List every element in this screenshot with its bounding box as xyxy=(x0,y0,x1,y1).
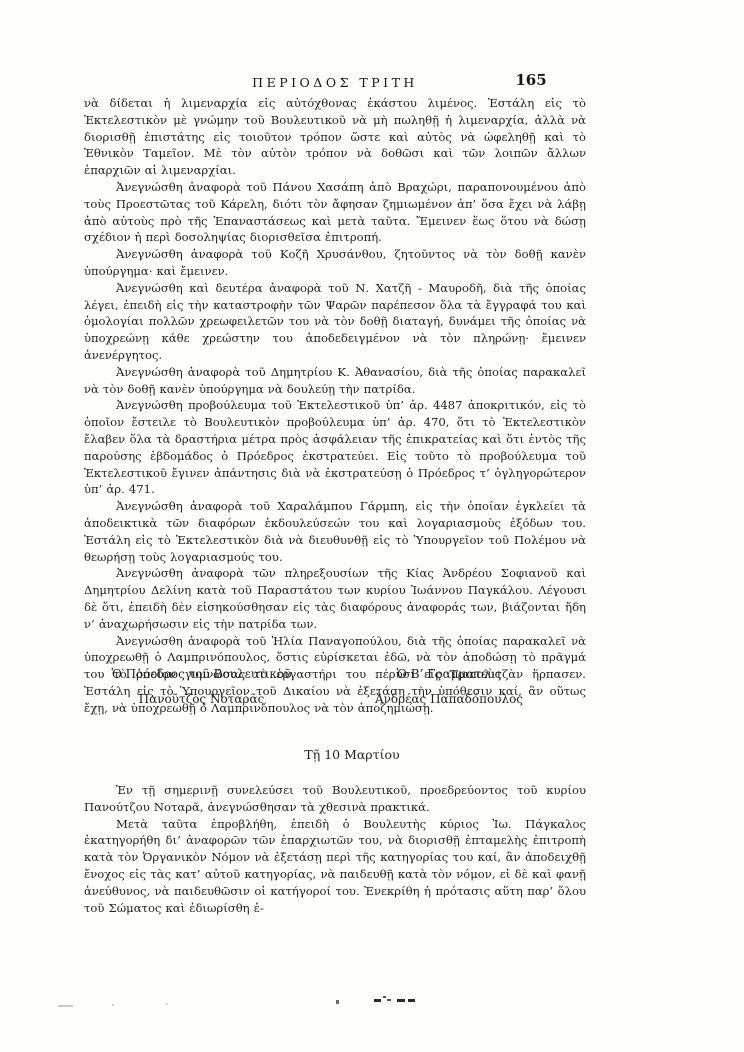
paragraph: Ἀνεγνώσθη ἀναφορὰ τῶν πληρεξουσίων τῆς Κ… xyxy=(84,565,586,632)
scan-artifact xyxy=(374,999,381,1002)
paragraph: Ἀνεγνώσθη ἀναφορὰ τοῦ Δημητρίου Κ. Ἀθανα… xyxy=(84,364,586,398)
scan-artifact xyxy=(383,996,386,998)
president-signature: Ὁ Πρόεδρος τοῦ Βουλευτικοῦ Πανοῦτζος Νοτ… xyxy=(84,662,319,712)
paragraph: νὰ δίδεται ἡ λιμεναρχία εἰς αὐτόχθονας ἑ… xyxy=(84,95,586,179)
page-number: 165 xyxy=(506,71,556,89)
session-2-text: Ἐν τῇ σημερινῇ συνελεύσει τοῦ Βουλευτικο… xyxy=(84,782,586,916)
scan-artifact xyxy=(408,999,415,1002)
paragraph: Ἀνεγνώσθη ἀναφορὰ τοῦ Πάνου Χασάπη ἀπὸ Β… xyxy=(84,179,586,246)
scan-artifact xyxy=(166,1003,168,1005)
paragraph: Ἀνεγνώσθη ἀναφορὰ τοῦ Κοζῆ Χρυσάνθου, ζη… xyxy=(84,246,586,280)
scan-artifact xyxy=(397,999,405,1002)
paragraph: Ἐν τῇ σημερινῇ συνελεύσει τοῦ Βουλευτικο… xyxy=(84,782,586,816)
paragraph: Ἀνεγνώσθη καὶ δευτέρα ἀναφορὰ τοῦ Ν. Χατ… xyxy=(84,280,586,364)
paragraph: Ἀνεγνώσθη προβούλευμα τοῦ Ἐκτελεστικοῦ ὑ… xyxy=(84,397,586,498)
scan-artifact xyxy=(112,1004,114,1006)
president-role: Ὁ Πρόεδρος τοῦ Βουλευτικοῦ xyxy=(84,662,319,687)
secretary-name: Ἀνδρέας Παπαδόπουλος xyxy=(324,687,574,712)
scan-artifact xyxy=(336,1000,339,1004)
president-name: Πανοῦτζος Νοταρᾶς xyxy=(84,687,319,712)
secretary-signature: Ὁ Β’ Γραμματεὺς Ἀνδρέας Παπαδόπουλος xyxy=(324,662,574,712)
session-1-text: νὰ δίδεται ἡ λιμεναρχία εἰς αὐτόχθονας ἑ… xyxy=(84,95,586,716)
paragraph: Ἀνεγνώσθη ἀναφορὰ τοῦ Χαραλάμπου Γάρμπη,… xyxy=(84,498,586,565)
scan-artifact xyxy=(58,1005,73,1007)
signature-block: Ὁ Πρόεδρος τοῦ Βουλευτικοῦ Πανοῦτζος Νοτ… xyxy=(84,662,586,724)
scan-artifact xyxy=(387,999,391,1001)
session-date-heading: Τῇ 10 Μαρτίου xyxy=(84,747,586,762)
paragraph: Μετὰ ταῦτα ἐπροβλήθη, ἐπειδὴ ὁ Βουλευτὴς… xyxy=(84,816,586,917)
secretary-role: Ὁ Β’ Γραμματεὺς xyxy=(324,662,574,687)
document-page: ΠΕΡΙΟΔΟΣ ΤΡΙΤΗ 165 νὰ δίδεται ἡ λιμεναρχ… xyxy=(0,0,744,1052)
